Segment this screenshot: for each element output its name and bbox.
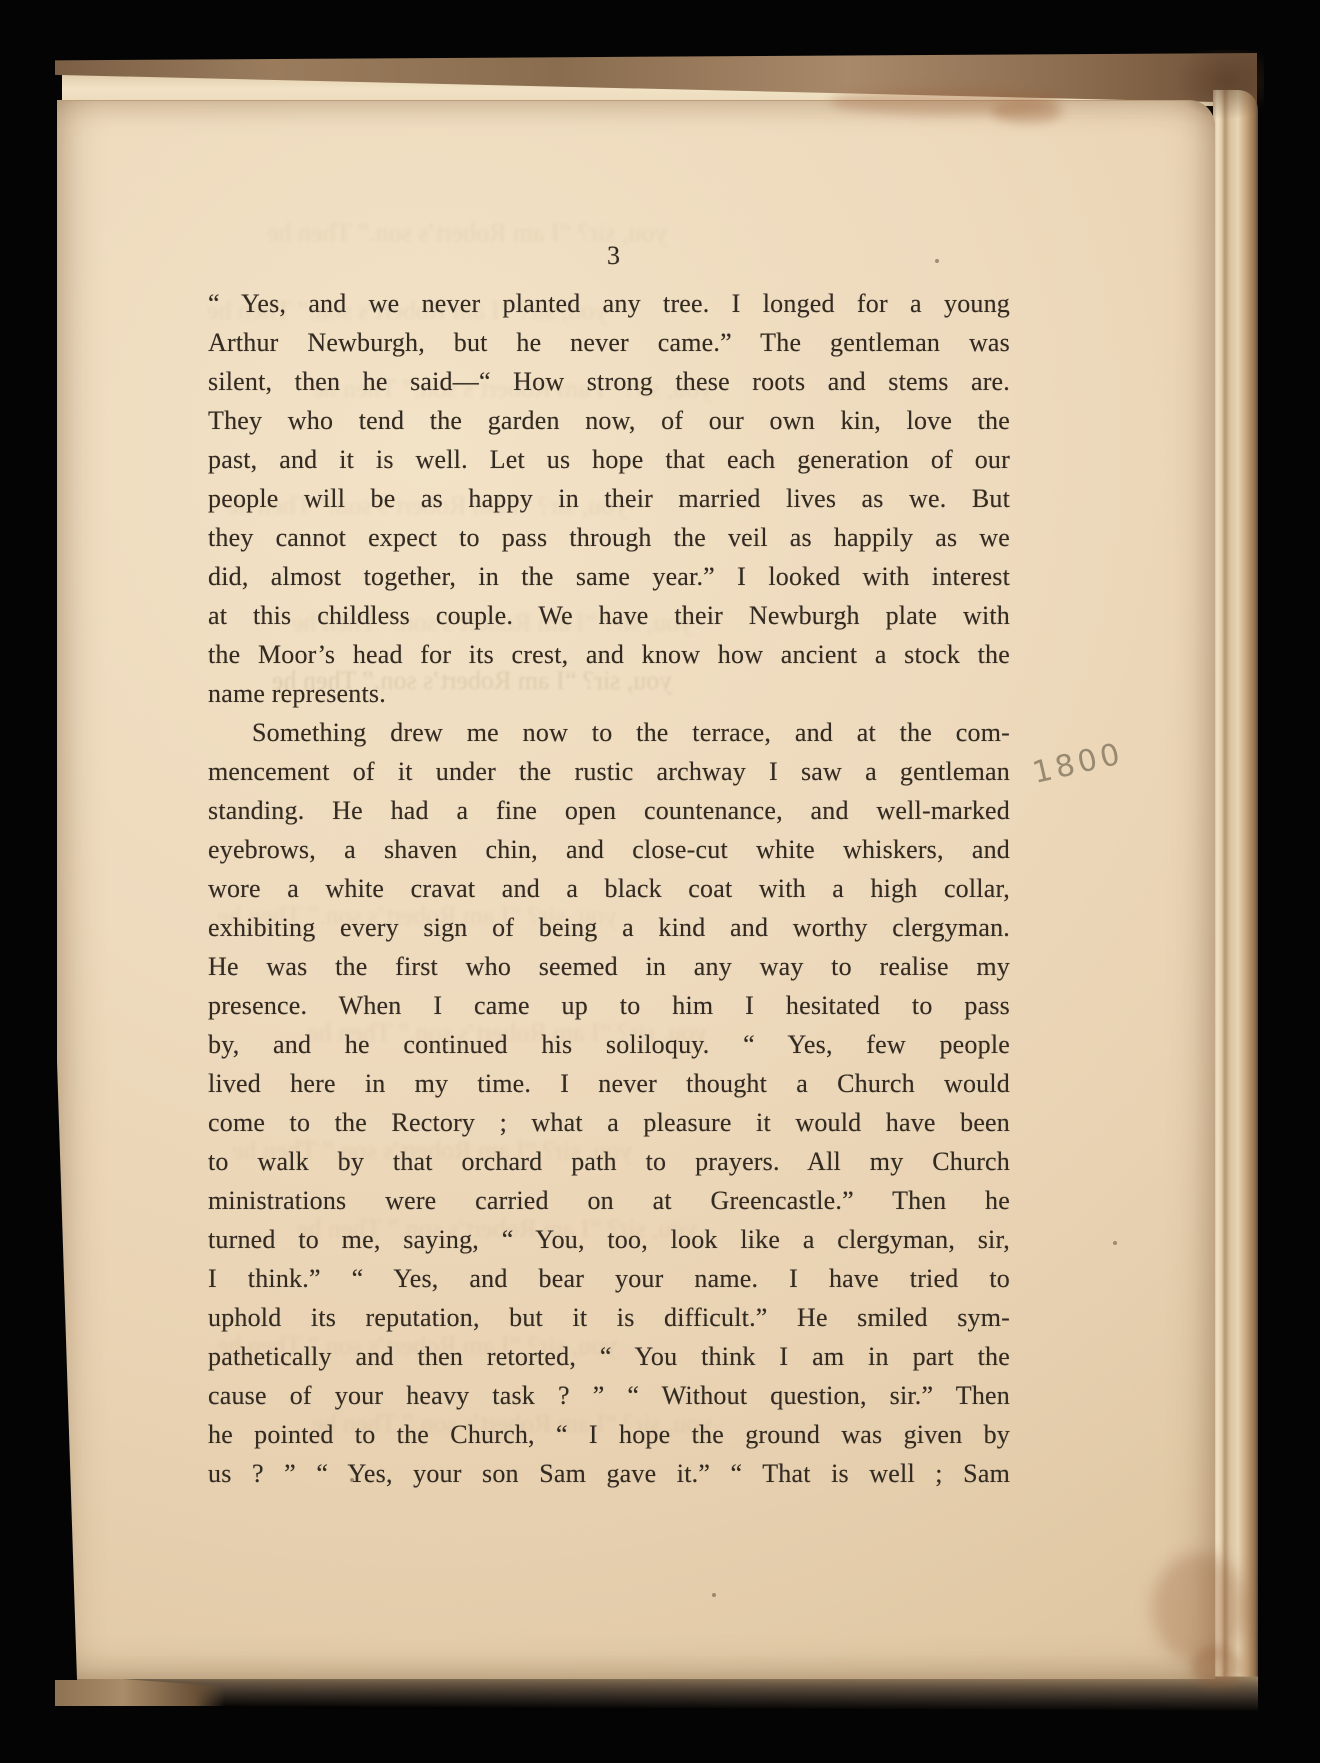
page-stack-right-edge: [1213, 90, 1258, 1684]
text-line: at this childless couple. We have their …: [208, 596, 1010, 635]
stain: [992, 101, 1062, 123]
text-line: silent, then he said—“ How strong these …: [208, 362, 1010, 401]
handwritten-annotation: 1800: [1029, 736, 1127, 791]
text-line: uphold its reputation, but it is difficu…: [208, 1298, 1010, 1337]
text-line: us ? ” “ Yes, your son Sam gave it.” “ T…: [208, 1454, 1010, 1493]
text-line: lived here in my time. I never thought a…: [208, 1064, 1010, 1103]
photo-background: you, sir? “I am Robert’s son.” Then he y…: [0, 0, 1320, 1763]
text-line: they cannot expect to pass through the v…: [208, 518, 1010, 557]
text-line: pathetically and then retorted, “ You th…: [208, 1337, 1010, 1376]
page-text: “ Yes, and we never planted any tree. I …: [208, 284, 1010, 1493]
text-line: he pointed to the Church, “ I hope the g…: [208, 1415, 1010, 1454]
text-line: to walk by that orchard path to prayers.…: [208, 1142, 1010, 1181]
text-line: cause of your heavy task ? ” “ Without q…: [208, 1376, 1010, 1415]
text-line: Arthur Newburgh, but he never came.” The…: [208, 323, 1010, 362]
text-line: They who tend the garden now, of our own…: [208, 401, 1010, 440]
book-page: you, sir? “I am Robert’s son.” Then he y…: [57, 100, 1215, 1679]
text-line: He was the first who seemed in any way t…: [208, 947, 1010, 986]
speck: [1113, 1241, 1117, 1245]
text-line: past, and it is well. Let us hope that e…: [208, 440, 1010, 479]
text-line: people will be as happy in their married…: [208, 479, 1010, 518]
text-line: “ Yes, and we never planted any tree. I …: [208, 284, 1010, 323]
stain: [1192, 1646, 1242, 1688]
page-corner-shadow: [1148, 50, 1264, 124]
text-line: by, and he continued his soliloquy. “ Ye…: [208, 1025, 1010, 1064]
speck: [935, 259, 939, 263]
text-line: come to the Rectory ; what a pleasure it…: [208, 1103, 1010, 1142]
text-line: I think.” “ Yes, and bear your name. I h…: [208, 1259, 1010, 1298]
text-line: wore a white cravat and a black coat wit…: [208, 869, 1010, 908]
text-line: standing. He had a fine open countenance…: [208, 791, 1010, 830]
speck: [712, 1593, 716, 1597]
text-line: the Moor’s head for its crest, and know …: [208, 635, 1010, 674]
text-line: eyebrows, a shaven chin, and close-cut w…: [208, 830, 1010, 869]
text-line: name represents.: [208, 674, 1010, 713]
text-line: exhibiting every sign of being a kind an…: [208, 908, 1010, 947]
text-line: presence. When I came up to him I hesita…: [208, 986, 1010, 1025]
stain: [1152, 1553, 1247, 1663]
text-line: turned to me, saying, “ You, too, look l…: [208, 1220, 1010, 1259]
text-line: Something drew me now to the terrace, an…: [208, 713, 1010, 752]
text-line: mencement of it under the rustic archway…: [208, 752, 1010, 791]
text-line: ministrations were carried on at Greenca…: [208, 1181, 1010, 1220]
page-number: 3: [607, 241, 620, 271]
text-line: did, almost together, in the same year.”…: [208, 557, 1010, 596]
